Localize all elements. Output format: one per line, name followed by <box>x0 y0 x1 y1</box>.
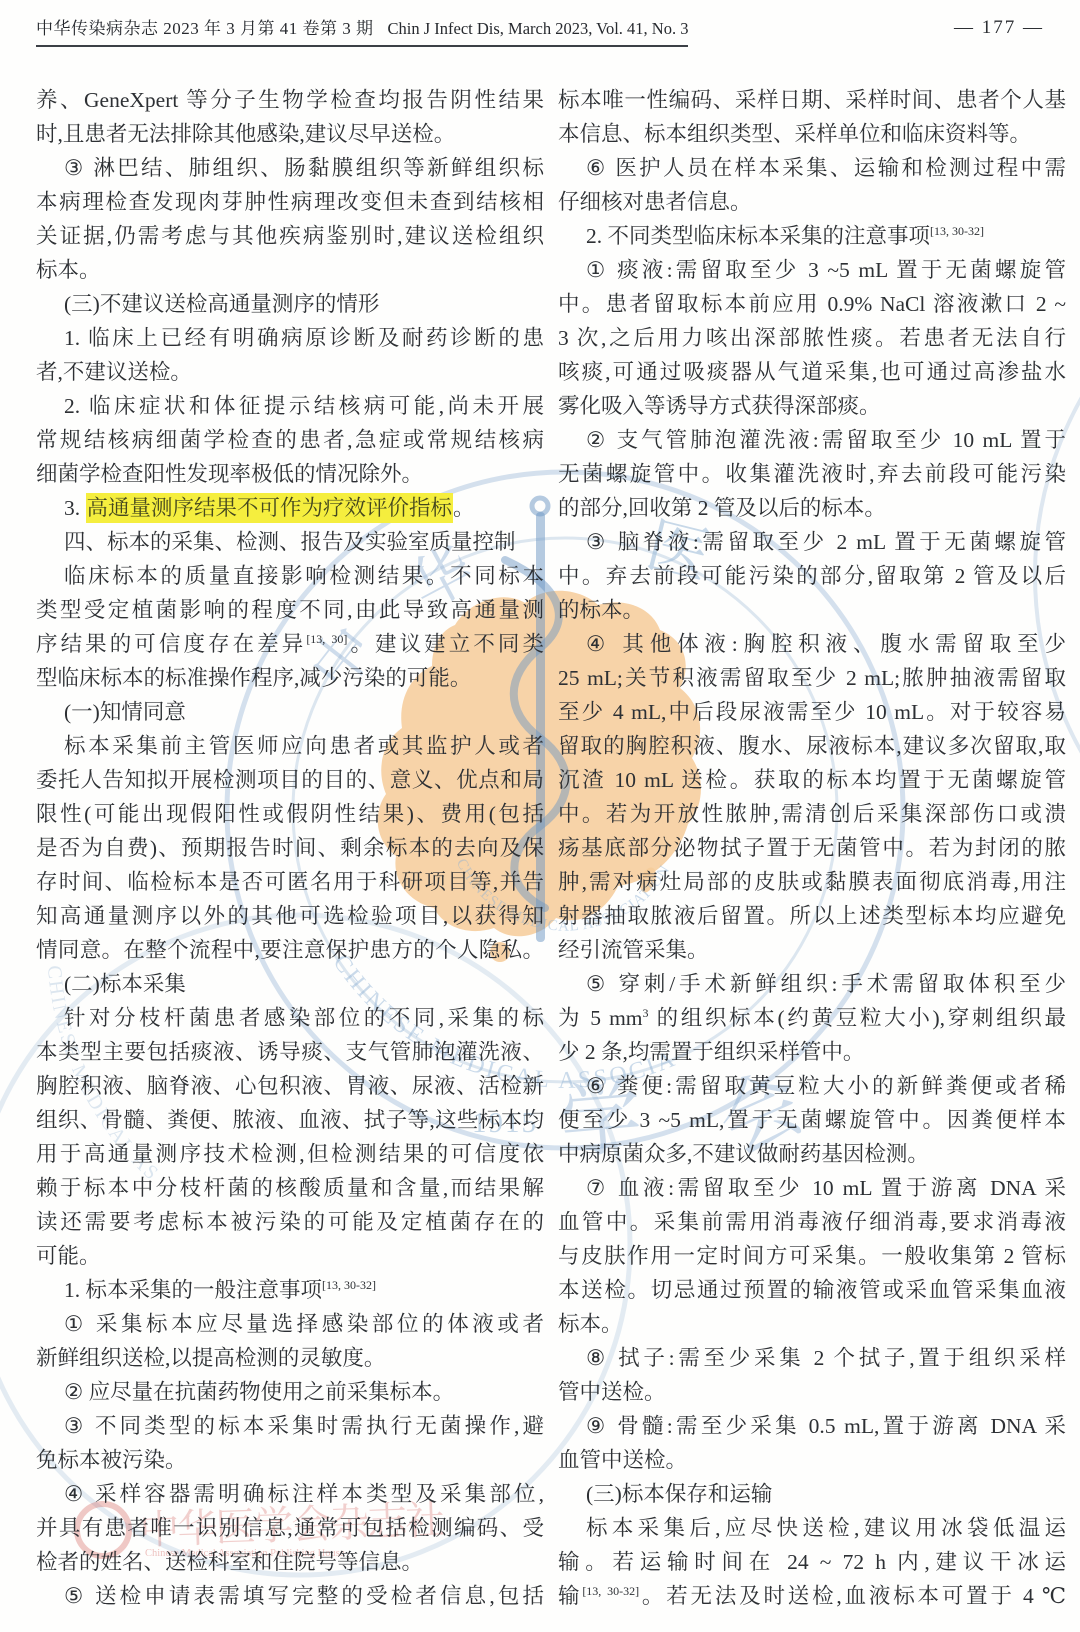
text-segment: 中。若为开放性脓肿,需清创后采集深部伤口或溃 <box>558 802 1066 826</box>
text-segment: ⑧ 拭子:需至少采集 2 个拭子,置于组织采样 <box>586 1346 1066 1370</box>
text-segment: 委托人告知拟开展检测项目的目的、意义、优点和局 <box>36 768 544 792</box>
text-line: ② 应尽量在抗菌药物使用之前采集标本。 <box>36 1375 544 1409</box>
citation-superscript: [13, 30-32] <box>322 1278 376 1292</box>
text-segment: 疡基底部分泌物拭子置于无菌管中。若为封闭的脓 <box>558 836 1066 860</box>
text-line: 2. 临床症状和体征提示结核病可能,尚未开展 <box>36 389 544 423</box>
text-segment: ⑥ 医护人员在样本采集、运输和检测过程中需 <box>586 156 1066 180</box>
text-line: ③ 脑脊液:需留取至少 2 mL 置于无菌螺旋管 <box>558 525 1066 559</box>
text-segment: 标本。 <box>36 258 101 282</box>
text-line: ⑤ 送检申请表需填写完整的受检者信息,包括 <box>36 1579 544 1613</box>
text-segment: 类型受定植菌影响的程度不同,由此导致高通量测 <box>36 598 544 622</box>
text-line: 疡基底部分泌物拭子置于无菌管中。若为封闭的脓 <box>558 831 1066 865</box>
page-number: — 177 — <box>954 17 1044 47</box>
text-segment: 留取的胸腔积液、腹水、尿液标本,建议多次留取,取 <box>558 734 1066 758</box>
text-segment: 输 <box>558 1584 582 1608</box>
text-line: 为 5 mm3 的组织标本(约黄豆粒大小),穿刺组织最 <box>558 1001 1066 1035</box>
text-segment: 。建议建立不同类 <box>347 632 544 656</box>
text-segment: 养、GeneXpert 等分子生物学检查均报告阴性结果 <box>36 88 544 112</box>
text-line: ③ 淋巴结、肺组织、肠黏膜组织等新鲜组织标 <box>36 151 544 185</box>
text-segment: ② 支气管肺泡灌洗液:需留取至少 10 mL 置于 <box>586 428 1066 452</box>
highlighted-text: 高通量测序结果不可作为疗效评价指标 <box>86 493 454 523</box>
text-segment: 针对分枝杆菌患者感染部位的不同,采集的标 <box>64 1006 544 1030</box>
text-line: 检者的姓名、送检科室和住院号等信息。 <box>36 1545 544 1579</box>
text-line: 3 次,之后用力咳出深部脓性痰。若患者无法自行 <box>558 321 1066 355</box>
text-segment: 者,不建议送检。 <box>36 360 192 384</box>
page-header: 中华传染病杂志 2023 年 3 月第 41 卷第 3 期Chin J Infe… <box>36 14 1044 47</box>
text-segment: 可能。 <box>36 1244 101 1268</box>
text-segment: ① 痰液:需留取至少 3 ~5 mL 置于无菌螺旋管 <box>586 258 1066 282</box>
text-line: 中。弃去前段可能污染的部分,留取第 2 管及以后 <box>558 559 1066 593</box>
text-segment: (一)知情同意 <box>64 700 186 724</box>
text-segment: ② 应尽量在抗菌药物使用之前采集标本。 <box>64 1380 454 1404</box>
text-segment: 2. 不同类型临床标本采集的注意事项 <box>586 224 930 248</box>
text-segment: 限性(可能出现假阳性或假阴性结果)、费用(包括 <box>36 802 544 826</box>
text-segment: 2. 临床症状和体征提示结核病可能,尚未开展 <box>64 394 544 418</box>
text-line: 临床标本的质量直接影响检测结果。不同标本 <box>36 559 544 593</box>
text-segment: ⑥ 粪便:需留取黄豆粒大小的新鲜粪便或者稀 <box>586 1074 1066 1098</box>
text-line: 本信息、标本组织类型、采样单位和临床资料等。 <box>558 117 1066 151</box>
text-segment: 时,且患者无法排除其他感染,建议尽早送检。 <box>36 122 455 146</box>
text-line: 胸腔积液、脑脊液、心包积液、胃液、尿液、活检新鲜 <box>36 1069 544 1103</box>
text-line: ③ 不同类型的标本采集时需执行无菌操作,避 <box>36 1409 544 1443</box>
text-line: 常规结核病细菌学检查的患者,急症或常规结核病 <box>36 423 544 457</box>
text-line: 与皮肤作用一定时间方可采集。一般收集第 2 管标 <box>558 1239 1066 1273</box>
text-line: (一)知情同意 <box>36 695 544 729</box>
text-segment: 1. 临床上已经有明确病原诊断及耐药诊断的患 <box>64 326 544 350</box>
text-line: 可能。 <box>36 1239 544 1273</box>
text-segment: 检者的姓名、送检科室和住院号等信息。 <box>36 1550 423 1574</box>
text-line: 时,且患者无法排除其他感染,建议尽早送检。 <box>36 117 544 151</box>
text-segment: 。 <box>453 496 475 520</box>
text-segment: (三)标本保存和运输 <box>586 1482 772 1506</box>
text-segment: 3 次,之后用力咳出深部脓性痰。若患者无法自行 <box>558 326 1066 350</box>
text-line: (三)标本保存和运输 <box>558 1477 1066 1511</box>
text-segment: 的部分,回收第 2 管及以后的标本。 <box>558 496 886 520</box>
text-segment: ⑤ 穿刺/手术新鲜组织:手术需留取体积至少 <box>586 972 1066 996</box>
text-line: 输[13, 30-32]。若无法及时送检,血液标本可置于 4 ℃ <box>558 1579 1066 1613</box>
text-segment: 便至少 3 ~5 mL,置于无菌螺旋管中。因粪便样本 <box>558 1108 1066 1132</box>
text-segment: ⑤ 送检申请表需填写完整的受检者信息,包括 <box>64 1584 544 1608</box>
text-line: 便至少 3 ~5 mL,置于无菌螺旋管中。因粪便样本 <box>558 1103 1066 1137</box>
citation-superscript: [13, 30] <box>306 632 347 646</box>
text-segment: 赖于标本中分枝杆菌的核酸质量和含量,而结果解 <box>36 1176 544 1200</box>
text-line: 雾化吸入等诱导方式获得深部痰。 <box>558 389 1066 423</box>
text-segment: 雾化吸入等诱导方式获得深部痰。 <box>558 394 881 418</box>
text-line: 肿,需对病灶局部的皮肤或黏膜表面彻底消毒,用注 <box>558 865 1066 899</box>
text-line: ④ 采样容器需明确标注样本类型及采集部位, <box>36 1477 544 1511</box>
text-segment: 型临床标本的标准操作程序,减少污染的可能。 <box>36 666 471 690</box>
text-line: 免标本被污染。 <box>36 1443 544 1477</box>
text-segment: 中。患者留取标本前应用 0.9% NaCl 溶液漱口 2 ~ <box>558 292 1066 316</box>
text-line: 情同意。在整个流程中,要注意保护患方的个人隐私。 <box>36 933 544 967</box>
text-line: ① 痰液:需留取至少 3 ~5 mL 置于无菌螺旋管 <box>558 253 1066 287</box>
text-line: 养、GeneXpert 等分子生物学检查均报告阴性结果 <box>36 83 544 117</box>
text-segment: ③ 不同类型的标本采集时需执行无菌操作,避 <box>64 1414 544 1438</box>
text-segment: 组织、骨髓、粪便、脓液、血液、拭子等,这些标本均可 <box>36 1108 544 1137</box>
text-line: 输。若运输时间在 24 ~ 72 h 内,建议干冰运 <box>558 1545 1066 1579</box>
text-segment: 本类型主要包括痰液、诱导痰、支气管肺泡灌洗液、 <box>36 1040 544 1064</box>
text-segment: ③ 脑脊液:需留取至少 2 mL 置于无菌螺旋管 <box>586 530 1066 554</box>
text-segment: 序结果的可信度存在差异 <box>36 632 306 656</box>
text-segment: 25 mL;关节积液需留取至少 2 mL;脓肿抽液需留取 <box>558 666 1066 690</box>
citation-superscript: [13, 30-32] <box>582 1584 639 1598</box>
text-line: 新鲜组织送检,以提高检测的灵敏度。 <box>36 1341 544 1375</box>
text-line: 标本采集前主管医师应向患者或其监护人或者 <box>36 729 544 763</box>
text-line: 无菌螺旋管中。收集灌洗液时,弃去前段可能污染 <box>558 457 1066 491</box>
text-line: 血管中送检。 <box>558 1443 1066 1477</box>
text-segment: 细菌学检查阳性发现率极低的情况除外。 <box>36 462 423 486</box>
text-line: 留取的胸腔积液、腹水、尿液标本,建议多次留取,取 <box>558 729 1066 763</box>
text-segment: ⑨ 骨髓:需至少采集 0.5 mL,置于游离 DNA 采 <box>586 1414 1066 1438</box>
text-line: 本病理检查发现肉芽肿性病理改变但未查到结核相 <box>36 185 544 219</box>
text-segment: 肿,需对病灶局部的皮肤或黏膜表面彻底消毒,用注 <box>558 870 1066 894</box>
text-line: 1. 标本采集的一般注意事项[13, 30-32] <box>36 1273 544 1307</box>
text-line: 委托人告知拟开展检测项目的目的、意义、优点和局 <box>36 763 544 797</box>
text-segment: ④ 其他体液:胸腔积液、腹水需留取至少 <box>586 632 1066 656</box>
text-segment: ⑦ 血液:需留取至少 10 mL 置于游离 DNA 采 <box>586 1176 1066 1200</box>
text-segment: 四、标本的采集、检测、报告及实验室质量控制 <box>64 530 516 554</box>
text-line: 的部分,回收第 2 管及以后的标本。 <box>558 491 1066 525</box>
text-segment: 标本。 <box>558 1312 623 1336</box>
article-column-left: 养、GeneXpert 等分子生物学检查均报告阴性结果时,且患者无法排除其他感染… <box>36 83 544 1613</box>
text-segment: (二)标本采集 <box>64 972 186 996</box>
text-line: 的标本。 <box>558 593 1066 627</box>
text-line: 至少 4 mL,中后段尿液需至少 10 mL。对于较容易 <box>558 695 1066 729</box>
text-line: 中。患者留取标本前应用 0.9% NaCl 溶液漱口 2 ~ <box>558 287 1066 321</box>
text-segment: 中病原菌众多,不建议做耐药基因检测。 <box>558 1142 929 1166</box>
article-column-right: 标本唯一性编码、采样日期、采样时间、患者个人基本信息、标本组织类型、采样单位和临… <box>558 83 1066 1613</box>
text-segment: 关证据,仍需考虑与其他疾病鉴别时,建议送检组织 <box>36 224 544 248</box>
text-line: 存时间、临检标本是否可匿名用于科研项目等,并告 <box>36 865 544 899</box>
text-line: ⑨ 骨髓:需至少采集 0.5 mL,置于游离 DNA 采 <box>558 1409 1066 1443</box>
text-line: 射器抽取脓液后留置。所以上述类型标本均应避免 <box>558 899 1066 933</box>
text-segment: 存时间、临检标本是否可匿名用于科研项目等,并告 <box>36 870 544 894</box>
text-segment: 输。若运输时间在 24 ~ 72 h 内,建议干冰运 <box>558 1550 1066 1574</box>
text-line: 咳痰,可通过吸痰器从气道采集,也可通过高渗盐水 <box>558 355 1066 389</box>
text-segment: 用于高通量测序技术检测,但检测结果的可信度依 <box>36 1142 544 1166</box>
text-line: 沉渣 10 mL 送检。获取的标本均置于无菌螺旋管 <box>558 763 1066 797</box>
text-segment: 本送检。切忌通过预置的输液管或采血管采集血液 <box>558 1278 1066 1302</box>
text-segment: 中。弃去前段可能污染的部分,留取第 2 管及以后 <box>558 564 1066 588</box>
text-line: (二)标本采集 <box>36 967 544 1001</box>
text-line: ① 采集标本应尽量选择感染部位的体液或者 <box>36 1307 544 1341</box>
text-segment: 沉渣 10 mL 送检。获取的标本均置于无菌螺旋管 <box>558 768 1066 792</box>
text-segment: 临床标本的质量直接影响检测结果。不同标本 <box>64 564 544 588</box>
text-line: 标本。 <box>558 1307 1066 1341</box>
text-segment: 为 5 mm <box>558 1006 643 1030</box>
text-line: 限性(可能出现假阳性或假阴性结果)、费用(包括 <box>36 797 544 831</box>
text-segment: 管中送检。 <box>558 1380 666 1404</box>
text-segment: 与皮肤作用一定时间方可采集。一般收集第 2 管标 <box>558 1244 1066 1268</box>
text-line: ⑥ 粪便:需留取黄豆粒大小的新鲜粪便或者稀 <box>558 1069 1066 1103</box>
text-line: (三)不建议送检高通量测序的情形 <box>36 287 544 321</box>
text-line: 中病原菌众多,不建议做耐药基因检测。 <box>558 1137 1066 1171</box>
text-line: 本类型主要包括痰液、诱导痰、支气管肺泡灌洗液、 <box>36 1035 544 1069</box>
text-line: 标本唯一性编码、采样日期、采样时间、患者个人基 <box>558 83 1066 117</box>
citation-superscript: [13, 30-32] <box>930 224 984 238</box>
text-line: ⑧ 拭子:需至少采集 2 个拭子,置于组织采样 <box>558 1341 1066 1375</box>
text-line: 知高通量测序以外的其他可选检验项目,以获得知 <box>36 899 544 933</box>
text-segment: 射器抽取脓液后留置。所以上述类型标本均应避免 <box>558 904 1066 928</box>
text-segment: ④ 采样容器需明确标注样本类型及采集部位, <box>64 1482 544 1506</box>
text-segment: 常规结核病细菌学检查的患者,急症或常规结核病 <box>36 428 544 452</box>
text-line: 者,不建议送检。 <box>36 355 544 389</box>
text-line: 针对分枝杆菌患者感染部位的不同,采集的标 <box>36 1001 544 1035</box>
text-line: 经引流管采集。 <box>558 933 1066 967</box>
text-line: 组织、骨髓、粪便、脓液、血液、拭子等,这些标本均可 <box>36 1103 544 1137</box>
text-segment: 新鲜组织送检,以提高检测的灵敏度。 <box>36 1346 385 1370</box>
text-line: 细菌学检查阳性发现率极低的情况除外。 <box>36 457 544 491</box>
text-segment: 是否为自费)、预期报告时间、剩余标本的去向及保 <box>36 836 544 860</box>
text-segment: 读还需要考虑标本被污染的可能及定植菌存在的 <box>36 1210 544 1234</box>
text-segment: (三)不建议送检高通量测序的情形 <box>64 292 379 316</box>
text-segment: 免标本被污染。 <box>36 1448 187 1472</box>
text-line: 25 mL;关节积液需留取至少 2 mL;脓肿抽液需留取 <box>558 661 1066 695</box>
text-line: 管中送检。 <box>558 1375 1066 1409</box>
text-segment: ③ 淋巴结、肺组织、肠黏膜组织等新鲜组织标 <box>64 156 544 180</box>
text-segment: 仔细核对患者信息。 <box>558 190 752 214</box>
journal-title-en: Chin J Infect Dis, March 2023, Vol. 41, … <box>388 19 689 38</box>
text-segment: 本病理检查发现肉芽肿性病理改变但未查到结核相 <box>36 190 544 214</box>
text-line: 标本采集后,应尽快送检,建议用冰袋低温运 <box>558 1511 1066 1545</box>
text-segment: 情同意。在整个流程中,要注意保护患方的个人隐私。 <box>36 938 544 962</box>
text-line: 型临床标本的标准操作程序,减少污染的可能。 <box>36 661 544 695</box>
text-line: 3. 高通量测序结果不可作为疗效评价指标。 <box>36 491 544 525</box>
text-line: ④ 其他体液:胸腔积液、腹水需留取至少 <box>558 627 1066 661</box>
text-segment: 无菌螺旋管中。收集灌洗液时,弃去前段可能污染 <box>558 462 1066 486</box>
text-line: 是否为自费)、预期报告时间、剩余标本的去向及保 <box>36 831 544 865</box>
text-line: 赖于标本中分枝杆菌的核酸质量和含量,而结果解 <box>36 1171 544 1205</box>
text-segment: ① 采集标本应尽量选择感染部位的体液或者 <box>64 1312 544 1336</box>
text-line: 四、标本的采集、检测、报告及实验室质量控制 <box>36 525 544 559</box>
text-segment: 本信息、标本组织类型、采样单位和临床资料等。 <box>558 122 1031 146</box>
text-segment: 经引流管采集。 <box>558 938 709 962</box>
text-segment: 1. 标本采集的一般注意事项 <box>64 1278 322 1302</box>
text-segment: 血管中送检。 <box>558 1448 687 1472</box>
text-line: 1. 临床上已经有明确病原诊断及耐药诊断的患 <box>36 321 544 355</box>
text-line: 用于高通量测序技术检测,但检测结果的可信度依 <box>36 1137 544 1171</box>
text-segment: 3. <box>64 496 86 520</box>
text-segment: 标本采集后,应尽快送检,建议用冰袋低温运 <box>586 1516 1066 1540</box>
text-line: ⑥ 医护人员在样本采集、运输和检测过程中需 <box>558 151 1066 185</box>
text-line: 并具有患者唯一识别信息,通常可包括检测编码、受 <box>36 1511 544 1545</box>
text-line: 仔细核对患者信息。 <box>558 185 1066 219</box>
text-line: 本送检。切忌通过预置的输液管或采血管采集血液 <box>558 1273 1066 1307</box>
journal-header-rule: 中华传染病杂志 2023 年 3 月第 41 卷第 3 期Chin J Infe… <box>36 14 688 47</box>
text-line: 2. 不同类型临床标本采集的注意事项[13, 30-32] <box>558 219 1066 253</box>
text-segment: 胸腔积液、脑脊液、心包积液、胃液、尿液、活检新鲜 <box>36 1074 544 1103</box>
text-line: ② 支气管肺泡灌洗液:需留取至少 10 mL 置于 <box>558 423 1066 457</box>
text-segment: 的标本。 <box>558 598 644 622</box>
text-segment: 标本唯一性编码、采样日期、采样时间、患者个人基 <box>558 88 1066 112</box>
text-segment: 标本采集前主管医师应向患者或其监护人或者 <box>64 734 544 758</box>
text-line: 少 2 条,均需置于组织采样管中。 <box>558 1035 1066 1069</box>
text-line: 标本。 <box>36 253 544 287</box>
text-segment: 少 2 条,均需置于组织采样管中。 <box>558 1040 864 1064</box>
journal-title-cn: 中华传染病杂志 2023 年 3 月第 41 卷第 3 期 <box>36 19 374 38</box>
text-segment: 至少 4 mL,中后段尿液需至少 10 mL。对于较容易 <box>558 700 1066 724</box>
text-line: 血管中。采集前需用消毒液仔细消毒,要求消毒液 <box>558 1205 1066 1239</box>
text-segment: 知高通量测序以外的其他可选检验项目,以获得知 <box>36 904 544 928</box>
text-line: 中。若为开放性脓肿,需清创后采集深部伤口或溃 <box>558 797 1066 831</box>
text-segment: 。若无法及时送检,血液标本可置于 4 ℃ <box>639 1584 1066 1608</box>
text-line: ⑦ 血液:需留取至少 10 mL 置于游离 DNA 采 <box>558 1171 1066 1205</box>
text-line: 类型受定植菌影响的程度不同,由此导致高通量测 <box>36 593 544 627</box>
text-segment: 咳痰,可通过吸痰器从气道采集,也可通过高渗盐水 <box>558 360 1066 384</box>
text-segment: 并具有患者唯一识别信息,通常可包括检测编码、受 <box>36 1516 544 1540</box>
text-line: 读还需要考虑标本被污染的可能及定植菌存在的 <box>36 1205 544 1239</box>
text-segment: 血管中。采集前需用消毒液仔细消毒,要求消毒液 <box>558 1210 1066 1234</box>
text-segment: 的组织标本(约黄豆粒大小),穿刺组织最 <box>649 1006 1066 1030</box>
text-line: ⑤ 穿刺/手术新鲜组织:手术需留取体积至少 <box>558 967 1066 1001</box>
text-line: 序结果的可信度存在差异[13, 30]。建议建立不同类 <box>36 627 544 661</box>
text-line: 关证据,仍需考虑与其他疾病鉴别时,建议送检组织 <box>36 219 544 253</box>
